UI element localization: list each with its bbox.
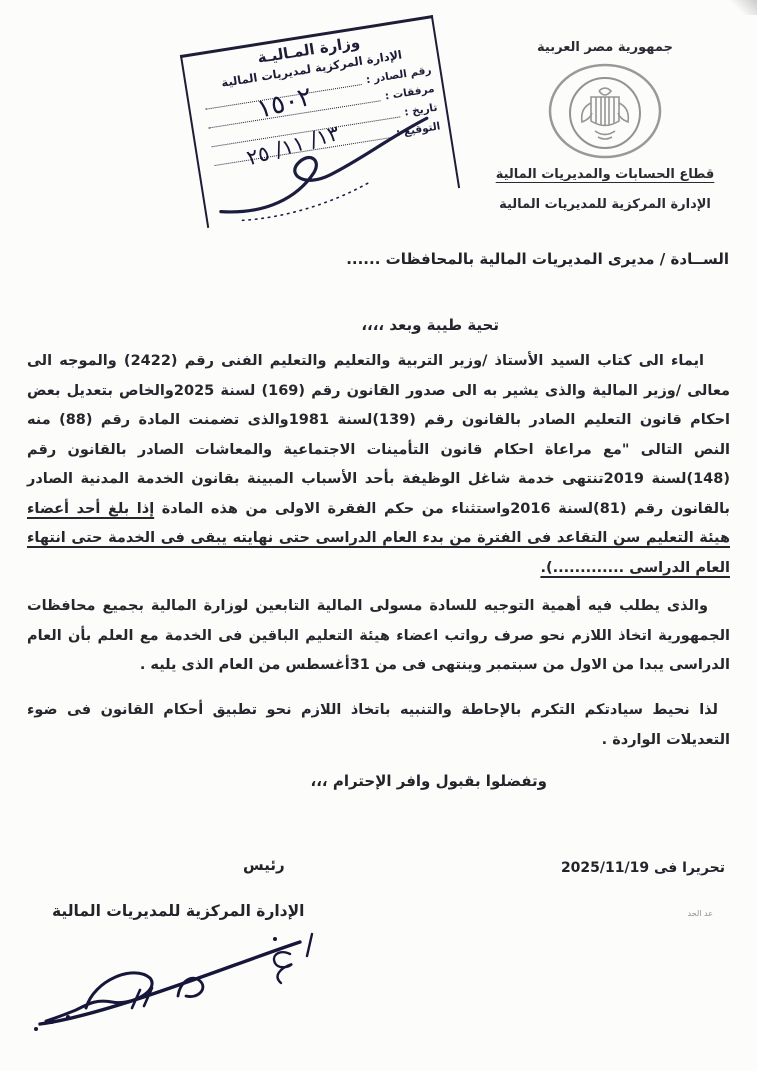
paragraph-instruction: والذى يطلب فيه أهمية التوجيه للسادة مسول… [27, 592, 730, 681]
signer-title: رئيس [243, 856, 285, 874]
faint-footnote: عد الحد [687, 909, 713, 918]
paragraph-notice: لذا نحيط سيادتكم التكرم بالإحاطة والتنبي… [27, 696, 730, 755]
letterhead: جمهورية مصر العربية قطاع الحسابات والمدي… [486, 40, 724, 212]
central-admin-title: الإدارة المركزية للمديريات المالية [486, 197, 724, 212]
scanned-letter-page: جمهورية مصر العربية قطاع الحسابات والمدي… [0, 0, 757, 1071]
paragraph-text: ايماء الى كتاب السيد الأستاذ /وزير الترب… [27, 353, 730, 517]
official-stamp: وزارة المـاليـة الإدارة المركزية لمديريا… [180, 15, 460, 228]
country-title: جمهورية مصر العربية [486, 40, 724, 55]
stamp-label: مرفقات : [384, 83, 435, 103]
scan-corner-artifact [731, 0, 757, 15]
written-date-line: تحريرا فى 2025/11/19 [561, 860, 725, 876]
signature-icon [28, 922, 328, 1042]
greeting-line: تحية طيبة وبعد ،،،، [361, 316, 499, 334]
stamp-handwritten-number: ١٥٠٢ [254, 82, 316, 125]
closing-salutation: وتفضلوا بقبول وافر الإحترام ،،، [311, 772, 547, 790]
stamp-label: رقم الصادر : [365, 64, 432, 86]
egypt-eagle-emblem-icon [544, 61, 666, 161]
signer-organization: الإدارة المركزية للمديريات المالية [52, 902, 305, 920]
paragraph-law-reference: ايماء الى كتاب السيد الأستاذ /وزير الترب… [27, 347, 730, 583]
sector-title: قطاع الحسابات والمديريات المالية [486, 167, 724, 182]
recipient-line: الســادة / مديرى المديريات المالية بالمح… [346, 250, 729, 268]
